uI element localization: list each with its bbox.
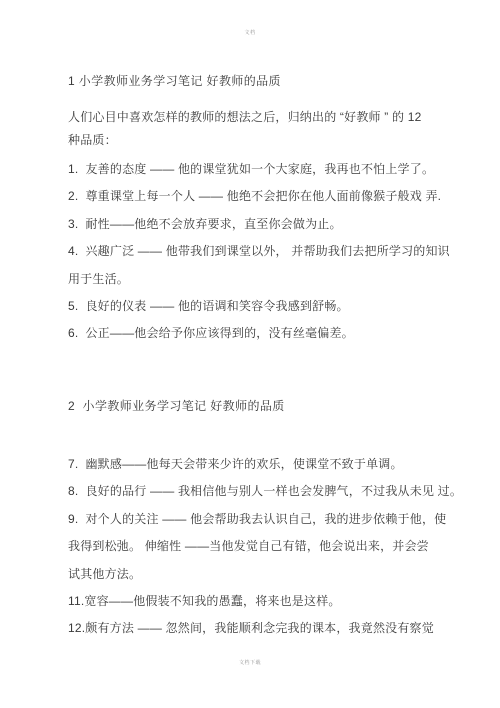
list-item: 11.宽容——他假装不知我的愚蠢，将来也是这样。 xyxy=(68,588,466,615)
list-item: 12.颇有方法 —— 忽然间，我能顺利念完我的课本，我竟然没有察觉 xyxy=(68,615,466,642)
watermark-top: 文档 xyxy=(0,30,500,36)
list-item: 5. 良好的仪表 —— 他的语调和笑容令我感到舒畅。 xyxy=(68,293,466,320)
list-item: 6. 公正——他会给予你应该得到的，没有丝毫偏差。 xyxy=(68,320,466,347)
list-item: 8. 良好的品行 —— 我相信他与别人一样也会发脾气，不过我从未见 过。 xyxy=(68,478,466,505)
section1-title: 1 小学教师业务学习笔记 好教师的品质 xyxy=(68,68,466,95)
list-item-continuation: 用于生活。 xyxy=(68,266,466,293)
list-item: 7. 幽默感——他每天会带来少许的欢乐，使课堂不致于单调。 xyxy=(68,451,466,478)
text-line: 人们心目中喜欢怎样的教师的想法之后，归纳出的 “好教师 ” 的 12 xyxy=(68,106,466,129)
list-item-continuation: 我得到松弛。 伸缩性 ——当他发觉自己有错，他会说出来，并会尝 xyxy=(68,533,466,560)
section2-title: 2 小学教师业务学习笔记 好教师的品质 xyxy=(68,393,466,420)
list-item: 4. 兴趣广泛 —— 他带我们到课堂以外， 并帮助我们去把所学习的知识 xyxy=(68,238,466,265)
intro-paragraph: 人们心目中喜欢怎样的教师的想法之后，归纳出的 “好教师 ” 的 12 种品质： xyxy=(68,106,466,152)
qualities-list-1: 1. 友善的态度 —— 他的课堂犹如一个大家庭，我再也不怕上学了。 2. 尊重课… xyxy=(68,156,466,348)
list-item: 2. 尊重课堂上每一个人 —— 他绝不会把你在他人面前像猴子般戏 弄. xyxy=(68,183,466,210)
list-item: 1. 友善的态度 —— 他的课堂犹如一个大家庭，我再也不怕上学了。 xyxy=(68,156,466,183)
list-item: 9. 对个人的关注 —— 他会帮助我去认识自己，我的进步依赖于他，使 xyxy=(68,506,466,533)
list-item: 3. 耐性——他绝不会放弃要求，直至你会做为止。 xyxy=(68,211,466,238)
text-line: 种品质： xyxy=(68,129,466,152)
list-item-continuation: 试其他方法。 xyxy=(68,561,466,588)
watermark-bottom: 文档下载 xyxy=(0,660,500,666)
qualities-list-2: 7. 幽默感——他每天会带来少许的欢乐，使课堂不致于单调。 8. 良好的品行 —… xyxy=(68,451,466,643)
document-page: 文档 1 小学教师业务学习笔记 好教师的品质 人们心目中喜欢怎样的教师的想法之后… xyxy=(0,0,500,708)
